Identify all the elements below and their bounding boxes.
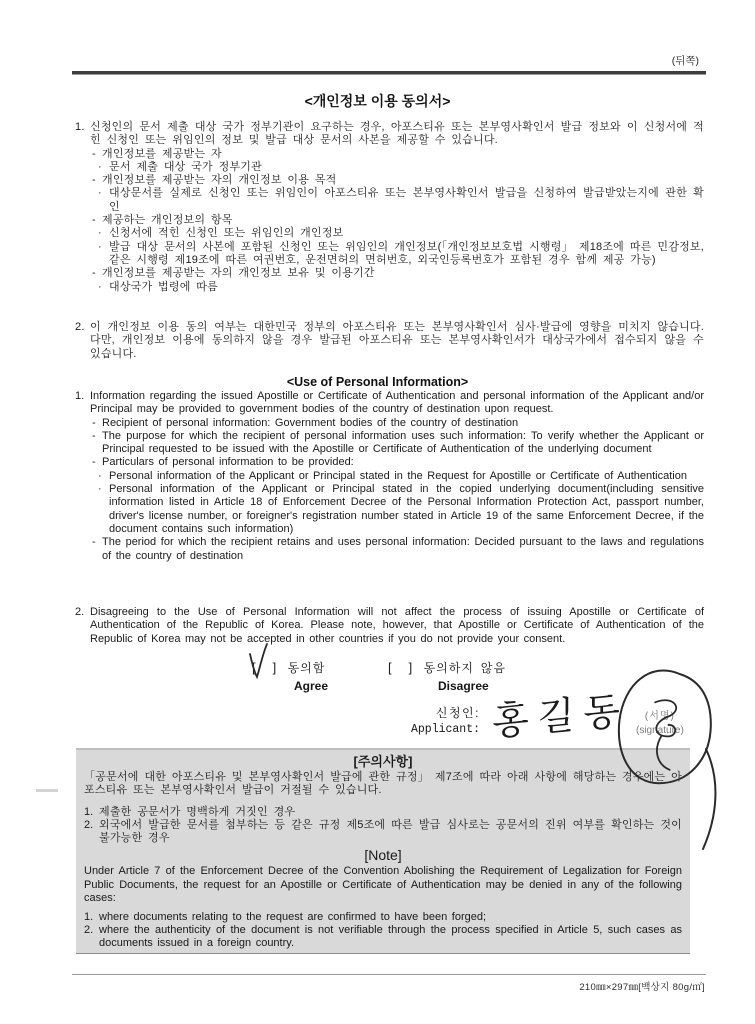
notice-title-kr: [주의사항] [84, 755, 682, 768]
korean-section-2: 2. 이 개인정보 이용 동의 여부는 대한민국 정부의 아포스티유 또는 본부… [75, 321, 704, 361]
list-item: - The purpose for which the recipient of… [92, 430, 704, 457]
dot-marker: · [98, 241, 109, 254]
handwritten-signature-scribble[interactable] [606, 663, 730, 855]
notice-item: 2. 외국에서 발급한 문서를 첨부하는 등 같은 규정 제5조에 따른 발급 … [84, 819, 682, 845]
korean-title: <개인정보 이용 동의서> [0, 91, 755, 111]
item-number: 2. [75, 321, 90, 334]
list-item: 2. 이 개인정보 이용 동의 여부는 대한민국 정부의 아포스티유 또는 본부… [75, 321, 704, 361]
list-item: 2. Disagreeing to the Use of Personal In… [75, 606, 704, 646]
item-text: 이 개인정보 이용 동의 여부는 대한민국 정부의 아포스티유 또는 본부영사확… [90, 321, 704, 361]
notice-item: 2. where the authenticity of the documen… [84, 924, 682, 950]
list-item: - Recipient of personal information: Gov… [92, 417, 704, 430]
dash-marker: - [92, 456, 102, 469]
item-text: 개인정보를 제공받는 자 [102, 148, 704, 161]
item-text: where the authenticity of the document i… [99, 924, 682, 950]
dot-marker: · [98, 483, 109, 496]
item-text: Disagreeing to the Use of Personal Infor… [90, 606, 704, 646]
handwritten-checkmark-icon [246, 642, 270, 682]
item-text: Recipient of personal information: Gover… [102, 417, 704, 430]
item-text: The period for which the recipient retai… [102, 536, 704, 563]
item-text: 개인정보를 제공받는 자의 개인정보 보유 및 이용기간 [102, 267, 704, 280]
item-text: Information regarding the issued Apostil… [90, 390, 704, 417]
applicant-labels: 신청인: Applicant: [400, 704, 480, 736]
document-page: (뒤쪽) <개인정보 이용 동의서> 1. 신청인의 문서 제출 대상 국가 정… [0, 0, 755, 1024]
item-text: 발급 대상 문서의 사본에 포함된 신청인 또는 위임인의 개인정보(「개인정보… [109, 241, 704, 268]
english-section-2: 2. Disagreeing to the Use of Personal In… [75, 606, 704, 646]
list-item: · 대상국가 법령에 따름 [98, 281, 704, 294]
item-text: 개인정보를 제공받는 자의 개인정보 이용 목적 [102, 174, 704, 187]
list-item: - 제공하는 개인정보의 항목 [92, 214, 704, 227]
list-item: - 개인정보를 제공받는 자의 개인정보 이용 목적 [92, 174, 704, 187]
dash-marker: - [92, 148, 102, 161]
korean-section-1: 1. 신청인의 문서 제출 대상 국가 정부기관이 요구하는 경우, 아포스티유… [75, 121, 704, 294]
item-text: 신청서에 적힌 신청인 또는 위임인의 개인정보 [109, 227, 704, 240]
item-number: 1. [84, 806, 99, 819]
notice-body-en: Under Article 7 of the Enforcement Decre… [84, 865, 682, 905]
english-section-1: 1. Information regarding the issued Apos… [75, 390, 704, 563]
disagree-checkbox[interactable]: [ [388, 660, 392, 675]
item-text: 외국에서 발급한 문서를 첨부하는 등 같은 규정 제5조에 따른 발급 심사로… [99, 819, 682, 845]
agree-label-en: Agree [294, 679, 328, 693]
item-text: 신청인의 문서 제출 대상 국가 정부기관이 요구하는 경우, 아포스티유 또는… [90, 121, 704, 148]
back-side-label: (뒤쪽) [672, 53, 699, 68]
item-text: The purpose for which the recipient of p… [102, 430, 704, 457]
item-number: 1. [75, 121, 90, 134]
item-text: 제공하는 개인정보의 항목 [102, 214, 704, 227]
footer-divider [72, 974, 706, 975]
dash-marker: - [92, 536, 102, 549]
item-number: 1. [84, 911, 99, 924]
dot-marker: · [98, 161, 109, 174]
list-item: · 발급 대상 문서의 사본에 포함된 신청인 또는 위임인의 개인정보(「개인… [98, 241, 704, 268]
item-text: Personal information of the Applicant or… [109, 483, 704, 536]
item-text: 제출한 공문서가 명백하게 거짓인 경우 [99, 806, 682, 819]
item-text: 문서 제출 대상 국가 정부기관 [109, 161, 704, 174]
dash-marker: - [92, 214, 102, 227]
dash-marker: - [92, 430, 102, 443]
item-number: 2. [75, 606, 90, 619]
list-item: · 대상문서를 실제로 신청인 또는 위임인이 아포스티유 또는 본부영사확인서… [98, 187, 704, 214]
list-item: · 문서 제출 대상 국가 정부기관 [98, 161, 704, 174]
notice-body-kr: 「공문서에 대한 아포스티유 및 본부영사확인서 발급에 관한 규정」 제7조에… [84, 771, 682, 797]
item-text: Particulars of personal information to b… [102, 456, 704, 469]
dot-marker: · [98, 470, 109, 483]
dot-marker: · [98, 187, 109, 200]
dash-marker: - [92, 267, 102, 280]
dash-marker: - [92, 174, 102, 187]
scan-artifact [36, 789, 58, 792]
notice-item: 1. where documents relating to the reque… [84, 911, 682, 924]
dash-marker: - [92, 417, 102, 430]
applicant-label-kr: 신청인: [400, 704, 480, 721]
list-item: · Personal information of the Applicant … [98, 470, 704, 483]
notice-box: [주의사항] 「공문서에 대한 아포스티유 및 본부영사확인서 발급에 관한 규… [76, 748, 690, 954]
item-text: 대상국가 법령에 따름 [109, 281, 704, 294]
item-text: where documents relating to the request … [99, 911, 682, 924]
disagree-option[interactable]: [] 동의하지 않음 Disagree [388, 659, 506, 693]
list-item: · Personal information of the Applicant … [98, 483, 704, 536]
list-item: - Particulars of personal information to… [92, 456, 704, 469]
notice-item: 1. 제출한 공문서가 명백하게 거짓인 경우 [84, 806, 682, 819]
dot-marker: · [98, 227, 109, 240]
notice-title-en: [Note] [84, 849, 682, 862]
english-title: <Use of Personal Information> [0, 375, 755, 389]
list-item: - The period for which the recipient ret… [92, 536, 704, 563]
dot-marker: · [98, 281, 109, 294]
agree-label-kr: 동의함 [288, 661, 326, 675]
applicant-label-en: Applicant: [400, 723, 480, 736]
top-divider [72, 71, 706, 75]
paper-spec-note: 210㎜×297㎜[백상지 80g/㎡] [579, 979, 705, 993]
list-item: - 개인정보를 제공받는 자의 개인정보 보유 및 이용기간 [92, 267, 704, 280]
agree-option[interactable]: [] 동의함 Agree [252, 659, 328, 693]
disagree-label-kr: 동의하지 않음 [424, 661, 506, 675]
item-number: 2. [84, 819, 99, 832]
list-item: 1. 신청인의 문서 제출 대상 국가 정부기관이 요구하는 경우, 아포스티유… [75, 121, 704, 148]
item-number: 2. [84, 924, 99, 937]
list-item: - 개인정보를 제공받는 자 [92, 148, 704, 161]
list-item: 1. Information regarding the issued Apos… [75, 390, 704, 417]
item-number: 1. [75, 390, 90, 403]
item-text: Personal information of the Applicant or… [109, 470, 704, 483]
item-text: 대상문서를 실제로 신청인 또는 위임인이 아포스티유 또는 본부영사확인서 발… [109, 187, 704, 214]
list-item: · 신청서에 적힌 신청인 또는 위임인의 개인정보 [98, 227, 704, 240]
